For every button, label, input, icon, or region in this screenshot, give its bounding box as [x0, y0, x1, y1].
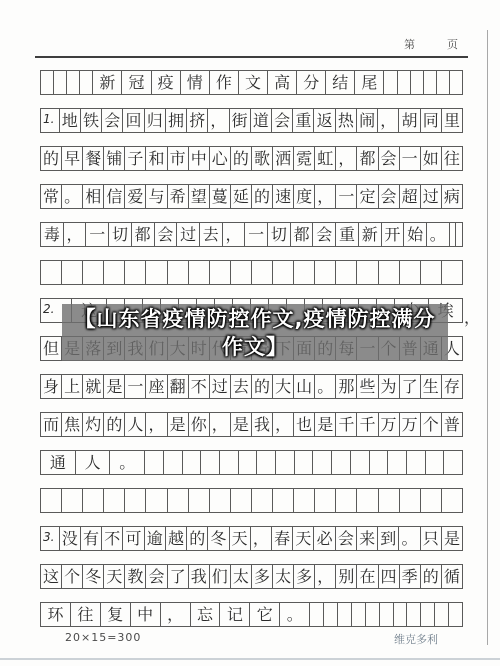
grid-cell: 回: [122, 108, 144, 133]
grid-cell: 我: [188, 564, 210, 589]
grid-cell: 是: [230, 412, 252, 437]
grid-cell: 会: [335, 526, 357, 551]
grid-cell: 来: [356, 526, 378, 551]
grid-cell: [379, 602, 394, 627]
grid-cell: [387, 450, 407, 475]
grid-cell: [420, 488, 442, 513]
grid-cell: 都: [356, 146, 378, 171]
grid-cell: 分: [296, 70, 326, 95]
grid-cell: 一: [244, 222, 268, 247]
grid-cell: 的: [40, 146, 62, 171]
grid-cell: 些: [356, 374, 378, 399]
grid-cell: ，: [335, 146, 357, 171]
grid-cell: [294, 450, 314, 475]
grid-cell: 。: [314, 374, 336, 399]
grid-cell: [79, 70, 93, 95]
grid-cell: 环: [40, 602, 71, 627]
grid-cell: 毒: [40, 222, 64, 247]
grid-cell: 病: [441, 184, 463, 209]
grid-cell: 如: [420, 146, 442, 171]
grid-cell: 。: [398, 526, 420, 551]
grid-cell: 去: [199, 222, 223, 247]
grid-cell: 在: [356, 564, 378, 589]
grid-cell: 个: [61, 564, 83, 589]
grid-cell: 过: [176, 222, 200, 247]
grid-cell: [66, 70, 80, 95]
grid-cell: 千: [335, 412, 357, 437]
grid-cell: [314, 488, 336, 513]
grid-cell: ，: [314, 564, 336, 589]
grid-cell: [144, 450, 164, 475]
grid-cell: [434, 602, 449, 627]
grid-row: 这个冬天教会了我们太多太多，别在四季的循: [40, 564, 463, 589]
grid-cell: 返: [313, 108, 335, 133]
grid-cell: 始: [403, 222, 427, 247]
grid-cell: ，: [377, 108, 399, 133]
grid-cell: ，: [272, 412, 294, 437]
grid-cell: 归: [144, 108, 166, 133]
grid-cell: [449, 70, 463, 95]
grid-cell: 尾: [354, 70, 384, 95]
grid-cell: [209, 488, 231, 513]
grid-cell: 热: [335, 108, 357, 133]
grid-cell: 切: [267, 222, 291, 247]
grid-cell: 结: [325, 70, 355, 95]
grid-cell: 万: [378, 412, 400, 437]
grid-cell: 教: [124, 564, 146, 589]
grid-cell: 与: [145, 184, 167, 209]
grid-row: [40, 488, 463, 513]
grid-cell: 可: [122, 526, 144, 551]
grid-cell: 了: [399, 374, 421, 399]
grid-cell: 子: [124, 146, 146, 171]
grid-cell: 过: [209, 374, 231, 399]
grid-cell: [406, 450, 426, 475]
grid-cell: 信: [103, 184, 125, 209]
grid-cell: [314, 260, 336, 285]
grid-cell: 天: [103, 564, 125, 589]
grid-cell: 忘: [190, 602, 221, 627]
grid-cell: 循: [441, 564, 463, 589]
grid-cell: 一: [399, 146, 421, 171]
grid-cell: 3.: [40, 526, 60, 551]
grid-cell: 也: [293, 412, 315, 437]
grid-cell: 会: [101, 108, 123, 133]
grid-cell: [356, 488, 378, 513]
grid-cell: 切: [108, 222, 132, 247]
grid-cell: [82, 260, 104, 285]
grid-cell: 。: [426, 222, 450, 247]
grid-cell: 情: [180, 70, 210, 95]
grid-cell: 胡: [398, 108, 420, 133]
grid-cell: 而: [40, 412, 62, 437]
grid-cell: 道: [250, 108, 272, 133]
grid-cell: [356, 260, 378, 285]
grid-cell: [61, 488, 83, 513]
grid-cell: [441, 260, 463, 285]
grid-cell: [397, 70, 411, 95]
grid-row: 3.没有不可逾越的冬天，春天必会来到。只是: [40, 526, 463, 551]
grid-cell: ，: [314, 184, 336, 209]
grid-cell: 开: [381, 222, 405, 247]
grid-cell: 地: [59, 108, 81, 133]
grid-cell: 上: [61, 374, 83, 399]
grid-cell: [441, 488, 463, 513]
grid-cell: [103, 260, 125, 285]
grid-cell: 存: [441, 374, 463, 399]
grid-cell: [40, 260, 62, 285]
grid-cell: [188, 488, 210, 513]
grid-cell: 身: [40, 374, 62, 399]
grid-cell: 希: [167, 184, 189, 209]
grid-cell: 只: [420, 526, 442, 551]
grid-cell: 文: [238, 70, 268, 95]
grid-cell: 相: [82, 184, 104, 209]
grid-cell: 为: [378, 374, 400, 399]
grid-cell: 座: [145, 374, 167, 399]
grid-cell: 有: [80, 526, 102, 551]
grid-cell: 四: [378, 564, 400, 589]
grid-cell: 冬: [82, 564, 104, 589]
grid-cell: 万: [399, 412, 421, 437]
grid-cell: [145, 260, 167, 285]
grid-cell: 定: [356, 184, 378, 209]
grid-cell: 度: [293, 184, 315, 209]
grid-cell: 太: [230, 564, 252, 589]
grid-cell: [309, 602, 324, 627]
grid-cell: 那: [335, 374, 357, 399]
grid-cell: [323, 602, 338, 627]
grid-cell: 是: [314, 412, 336, 437]
page-edge-line: [487, 30, 488, 645]
grid-cell: 的: [251, 374, 273, 399]
grid-cell: 和: [145, 146, 167, 171]
grid-cell: [124, 488, 146, 513]
watermark-overlay: 【山东省疫情防控作文,疫情防控满分作文】: [62, 304, 448, 361]
grid-cell: [219, 450, 239, 475]
grid-cell: [425, 450, 445, 475]
grid-cell: ，: [145, 412, 167, 437]
grid-cell: 疫: [151, 70, 181, 95]
grid-cell: ，: [207, 108, 229, 133]
header-rule: [35, 56, 468, 58]
grid-cell: 的: [420, 564, 442, 589]
grid-cell: 新: [92, 70, 122, 95]
grid-cell: 逾: [144, 526, 166, 551]
grid-cell: 1.: [40, 108, 60, 133]
grid-cell: 延: [230, 184, 252, 209]
grid-cell: [53, 70, 67, 95]
grid-cell: [335, 260, 357, 285]
grid-cell: [393, 602, 408, 627]
grid-cell: 铺: [103, 146, 125, 171]
grid-cell: 必: [313, 526, 335, 551]
grid-cell: 复: [100, 602, 131, 627]
grid-cell: 是: [103, 374, 125, 399]
grid-cell: [209, 260, 231, 285]
grid-cell: 季: [399, 564, 421, 589]
grid-row: 1.地铁会回归拥挤，街道会重返热闹，胡同里: [40, 108, 463, 133]
grid-cell: 一: [124, 374, 146, 399]
grid-row: 新冠疫情作文高分结尾: [40, 70, 463, 95]
grid-cell: [40, 488, 62, 513]
grid-cell: [230, 488, 252, 513]
grid-cell: 这: [40, 564, 62, 589]
grid-cell: 街: [229, 108, 251, 133]
page-label-ye: 页: [447, 36, 459, 52]
grid-cell: [378, 260, 400, 285]
grid-cell: 别: [335, 564, 357, 589]
grid-cell: [378, 488, 400, 513]
grid-cell: [337, 602, 352, 627]
grid-cell: 去: [230, 374, 252, 399]
grid-cell: 过: [420, 184, 442, 209]
brand-name: 维克多利: [394, 631, 438, 647]
grid-cell: 但: [40, 336, 62, 361]
grid-cell: 越: [165, 526, 187, 551]
grid-cell: [365, 602, 380, 627]
grid-cell: 。: [279, 602, 310, 627]
grid-cell: 人: [75, 450, 111, 475]
page-label-di: 第: [404, 36, 416, 52]
grid-cell: 多: [251, 564, 273, 589]
grid-cell: [436, 70, 450, 95]
grid-cell: 拥: [165, 108, 187, 133]
grid-cell: [293, 488, 315, 513]
grid-cell: [383, 70, 397, 95]
grid-cell: 冠: [121, 70, 151, 95]
grid-cell: 。: [109, 450, 145, 475]
grid-cell: 一: [85, 222, 109, 247]
grid-cell: [256, 450, 276, 475]
grid-cell: [423, 70, 437, 95]
grid-cell: [272, 488, 294, 513]
grid-cell: 爱: [124, 184, 146, 209]
grid-cell: [406, 602, 421, 627]
grid-cell: 高: [267, 70, 297, 95]
grid-cell: 不: [101, 526, 123, 551]
grid-cell: 就: [82, 374, 104, 399]
grid-cell: 闹: [356, 108, 378, 133]
grid-cell: 到: [377, 526, 399, 551]
grid-cell: [293, 260, 315, 285]
grid-cell: [200, 450, 220, 475]
grid-row: 身上就是一座翻不过去的大山。那些为了生存: [40, 374, 463, 399]
grid-cell: 没: [59, 526, 81, 551]
grid-cell: 灼: [82, 412, 104, 437]
grid-cell: [163, 450, 183, 475]
grid-cell: [448, 602, 463, 627]
grid-cell: 它: [249, 602, 280, 627]
grid-cell: [167, 488, 189, 513]
grid-cell: 往: [70, 602, 101, 627]
grid-cell: [188, 260, 210, 285]
grid-cell: 都: [131, 222, 155, 247]
grid-cell: [40, 70, 54, 95]
grid-cell: 会: [145, 564, 167, 589]
grid-cell: 个: [420, 412, 442, 437]
grid-cell: 天: [292, 526, 314, 551]
grid-cell: 会: [378, 184, 400, 209]
grid-cell: 会: [271, 108, 293, 133]
grid-cell: [350, 450, 370, 475]
grid-cell: 餐: [82, 146, 104, 171]
grid-cell: 生: [420, 374, 442, 399]
grid-cell: [103, 488, 125, 513]
composition-sheet: 第 页 新冠疫情作文高分结尾1.地铁会回归拥挤，街道会重返热闹，胡同里的早餐铺子…: [0, 0, 500, 666]
grid-cell: 早: [61, 146, 83, 171]
grid-cell: 通: [40, 450, 76, 475]
grid-row: 的早餐铺子和市中心的歌洒霓虹，都会一如往: [40, 146, 463, 171]
grid-cell: 重: [335, 222, 359, 247]
grid-cell: [238, 450, 258, 475]
grid-cell: 是: [167, 412, 189, 437]
grid-cell: 山: [293, 374, 315, 399]
grid-cell: 不: [188, 374, 210, 399]
grid-cell: 千: [356, 412, 378, 437]
grid-cell: 翻: [167, 374, 189, 399]
grid-cell: 市: [167, 146, 189, 171]
row7-overflow-comma: ，: [464, 305, 480, 328]
grid-cell: [399, 488, 421, 513]
grid-cell: [335, 488, 357, 513]
grid-cell: 的: [251, 184, 273, 209]
grid-cell: [251, 488, 273, 513]
grid-row: [40, 260, 463, 285]
grid-cell: 歌: [251, 146, 273, 171]
grid-cell: 会: [154, 222, 178, 247]
grid-cell: 的: [103, 412, 125, 437]
grid-cell: [410, 70, 424, 95]
grid-cell: 会: [312, 222, 336, 247]
grid-cell: 大: [272, 374, 294, 399]
grid-row: 通人。: [40, 450, 463, 475]
grid-cell: 重: [292, 108, 314, 133]
grid-cell: 心: [209, 146, 231, 171]
grid-cell: ，: [222, 222, 246, 247]
grid-cell: [167, 260, 189, 285]
grid-cell: 多: [293, 564, 315, 589]
grid-row: 毒，一切都会过去，一切都会重新开始。: [40, 222, 463, 247]
grid-row: 常。相信爱与希望蔓延的速度，一定会超过病: [40, 184, 463, 209]
grid-cell: 都: [290, 222, 314, 247]
grid-cell: 人: [124, 412, 146, 437]
grid-cell: 洒: [272, 146, 294, 171]
grid-cell: 们: [209, 564, 231, 589]
grid-cell: ，: [63, 222, 87, 247]
grid-cell: 。: [61, 184, 83, 209]
grid-cell: 了: [167, 564, 189, 589]
grid-cell: 普: [441, 412, 463, 437]
grid-cell: 蔓: [209, 184, 231, 209]
grid-cell: 太: [272, 564, 294, 589]
grid-cell: [443, 450, 463, 475]
grid-cell: [230, 260, 252, 285]
grid-cell: [369, 450, 389, 475]
grid-cell: [312, 450, 332, 475]
grid-cell: 里: [441, 108, 463, 133]
grid-cell: [455, 222, 463, 247]
grid-cell: [272, 260, 294, 285]
grid-cell: 冬: [207, 526, 229, 551]
grid-cell: 作: [209, 70, 239, 95]
grid-cell: [331, 450, 351, 475]
grid-cell: [182, 450, 202, 475]
grid-cell: 铁: [80, 108, 102, 133]
grid-cell: 我: [251, 412, 273, 437]
grid-cell: [399, 260, 421, 285]
grid-cell: [82, 488, 104, 513]
grid-cell: 记: [219, 602, 250, 627]
footer-spec: 20×15=300: [65, 631, 141, 644]
grid-cell: 中: [188, 146, 210, 171]
grid-cell: 霓: [293, 146, 315, 171]
grid-row: 环往复中，忘记它。: [40, 602, 463, 627]
grid-cell: [251, 260, 273, 285]
bottom-edge-line: [0, 658, 500, 660]
grid-cell: ，: [209, 412, 231, 437]
grid-cell: [61, 260, 83, 285]
grid-cell: ，: [160, 602, 191, 627]
grid-cell: ，: [250, 526, 272, 551]
grid-cell: 速: [272, 184, 294, 209]
grid-cell: [275, 450, 295, 475]
grid-row: 而焦灼的人，是你，是我，也是千千万万个普: [40, 412, 463, 437]
grid-cell: 的: [186, 526, 208, 551]
grid-cell: 焦: [61, 412, 83, 437]
grid-cell: 新: [358, 222, 382, 247]
grid-cell: 常: [40, 184, 62, 209]
grid-cell: [145, 488, 167, 513]
grid-cell: 同: [420, 108, 442, 133]
grid-cell: 虹: [314, 146, 336, 171]
grid-cell: 超: [399, 184, 421, 209]
grid-cell: [124, 260, 146, 285]
grid-cell: 会: [378, 146, 400, 171]
grid-cell: 天: [229, 526, 251, 551]
grid-cell: 中: [130, 602, 161, 627]
grid-cell: 一: [335, 184, 357, 209]
grid-cell: [420, 260, 442, 285]
grid-cell: 挤: [186, 108, 208, 133]
grid-cell: 是: [441, 526, 463, 551]
grid-cell: 你: [188, 412, 210, 437]
grid-cell: 往: [441, 146, 463, 171]
grid-cell: 春: [271, 526, 293, 551]
grid-cell: 的: [230, 146, 252, 171]
grid-cell: 望: [188, 184, 210, 209]
grid-cell: [420, 602, 435, 627]
grid-cell: [351, 602, 366, 627]
